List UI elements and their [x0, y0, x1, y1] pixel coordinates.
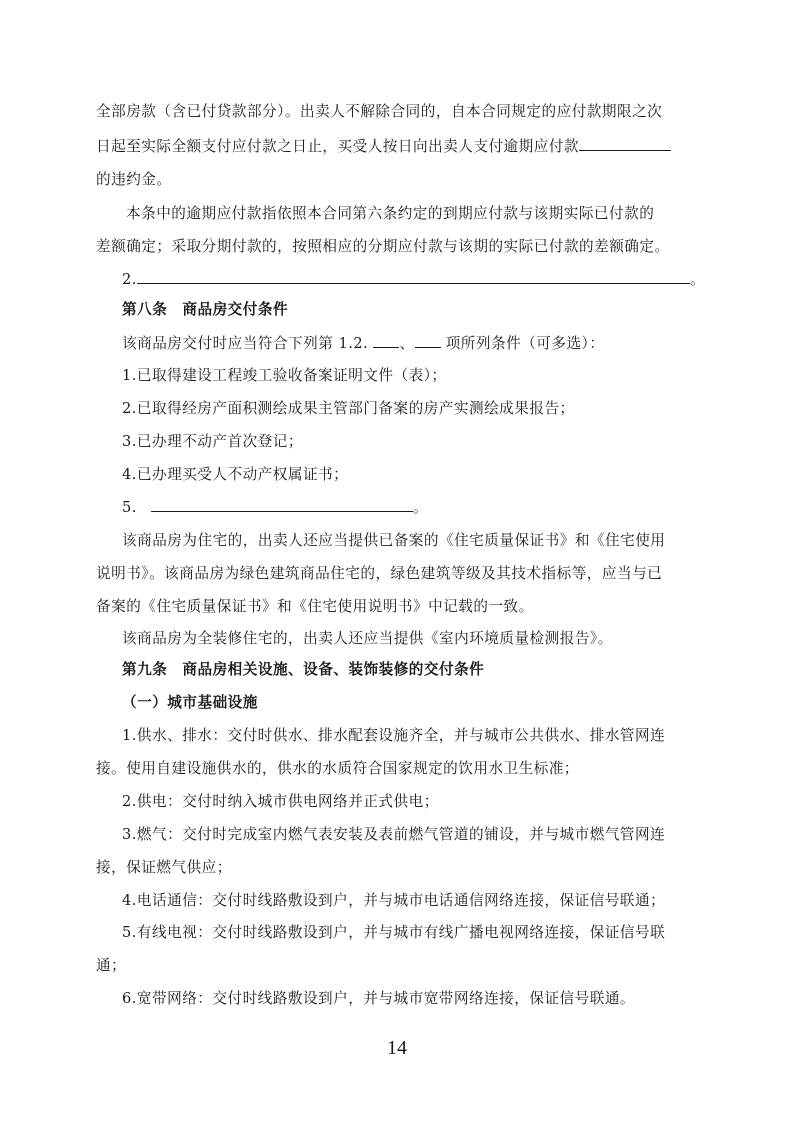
intro-suffix: 项所列条件（可多选）：	[441, 335, 605, 352]
body-line: 说明书》。该商品房为绿色建筑商品住宅的，绿色建筑等级及其技术指标等，应当与已	[96, 564, 700, 584]
body-line: 差额确定；采取分期付款的，按照相应的分期应付款与该期的实际已付款的差额确定。	[96, 237, 700, 257]
clause-number: 2.	[122, 271, 137, 288]
facility-item: 1.供水、排水：交付时供水、排水配套设施齐全，并与城市公共供水、排水管网连	[122, 726, 696, 746]
facility-item: 6.宽带网络：交付时线路敷设到户，并与城市宽带网络连接，保证信号联通。	[122, 989, 696, 1009]
body-line: 的违约金。	[96, 170, 700, 190]
condition-item-5: 5.。	[122, 497, 696, 518]
facility-item: 3.燃气：交付时完成室内燃气表安装及表前燃气管道的铺设，并与城市燃气管网连	[122, 825, 696, 845]
period: 。	[690, 271, 705, 288]
clause-2-line: 2.。	[122, 269, 726, 290]
article-9-heading: 第九条 商品房相关设施、设备、装饰装修的交付条件	[122, 660, 726, 680]
document-page: 全部房款（含已付贷款部分）。出卖人不解除合同的，自本合同规定的应付款期限之次 日…	[0, 0, 794, 1122]
page-number: 14	[0, 1037, 794, 1060]
facility-item: 4.电话通信：交付时线路敷设到户，并与城市电话通信网络连接，保证信号联通；	[122, 891, 696, 911]
facility-item-cont: 接。使用自建设施供水的，供水的水质符合国家规定的饮用水卫生标准；	[96, 759, 700, 779]
fill-blank-option-2[interactable]	[415, 333, 441, 348]
separator: 、	[399, 335, 414, 352]
condition-item: 2.已取得经房产面积测绘成果主管部门备案的房产实测绘成果报告；	[122, 399, 696, 419]
item-number: 5.	[122, 499, 137, 516]
fill-blank-condition-5[interactable]	[151, 497, 413, 512]
facility-item: 5.有线电视：交付时线路敷设到户，并与城市有线广播电视网络连接，保证信号联	[122, 923, 696, 943]
body-text: 日起至实际全额支付应付款之日止，买受人按日向出卖人支付逾期应付款	[96, 138, 579, 155]
body-line: 备案的《住宅质量保证书》和《住宅使用说明书》中记载的一致。	[96, 597, 700, 617]
fill-blank-clause-2[interactable]	[137, 269, 690, 284]
fill-blank-penalty[interactable]	[579, 136, 671, 151]
body-line: 本条中的逾期应付款指依照本合同第六条约定的到期应付款与该期实际已付款的	[126, 204, 700, 224]
fill-blank-option-1[interactable]	[373, 333, 399, 348]
subsection-heading: （一）城市基础设施	[122, 693, 726, 713]
period: 。	[413, 499, 428, 516]
facility-item-cont: 通；	[96, 956, 700, 976]
body-line: 该商品房为全装修住宅的，出卖人还应当提供《室内环境质量检测报告》。	[122, 629, 696, 649]
intro-prefix: 该商品房交付时应当符合下列第 1.2.	[122, 335, 373, 352]
condition-item: 3.已办理不动产首次登记；	[122, 432, 696, 452]
body-line: 日起至实际全额支付应付款之日止，买受人按日向出卖人支付逾期应付款	[96, 136, 700, 157]
facility-item-cont: 接，保证燃气供应；	[96, 858, 700, 878]
article-8-intro: 该商品房交付时应当符合下列第 1.2. 、 项所列条件（可多选）：	[122, 333, 696, 354]
body-line: 全部房款（含已付贷款部分）。出卖人不解除合同的，自本合同规定的应付款期限之次	[96, 102, 700, 122]
article-8-heading: 第八条 商品房交付条件	[122, 300, 726, 320]
facility-item: 2.供电：交付时纳入城市供电网络并正式供电；	[122, 792, 696, 812]
body-line: 该商品房为住宅的，出卖人还应当提供已备案的《住宅质量保证书》和《住宅使用	[122, 531, 696, 551]
condition-item: 1.已取得建设工程竣工验收备案证明文件（表）；	[122, 366, 696, 386]
condition-item: 4.已办理买受人不动产权属证书；	[122, 465, 696, 485]
